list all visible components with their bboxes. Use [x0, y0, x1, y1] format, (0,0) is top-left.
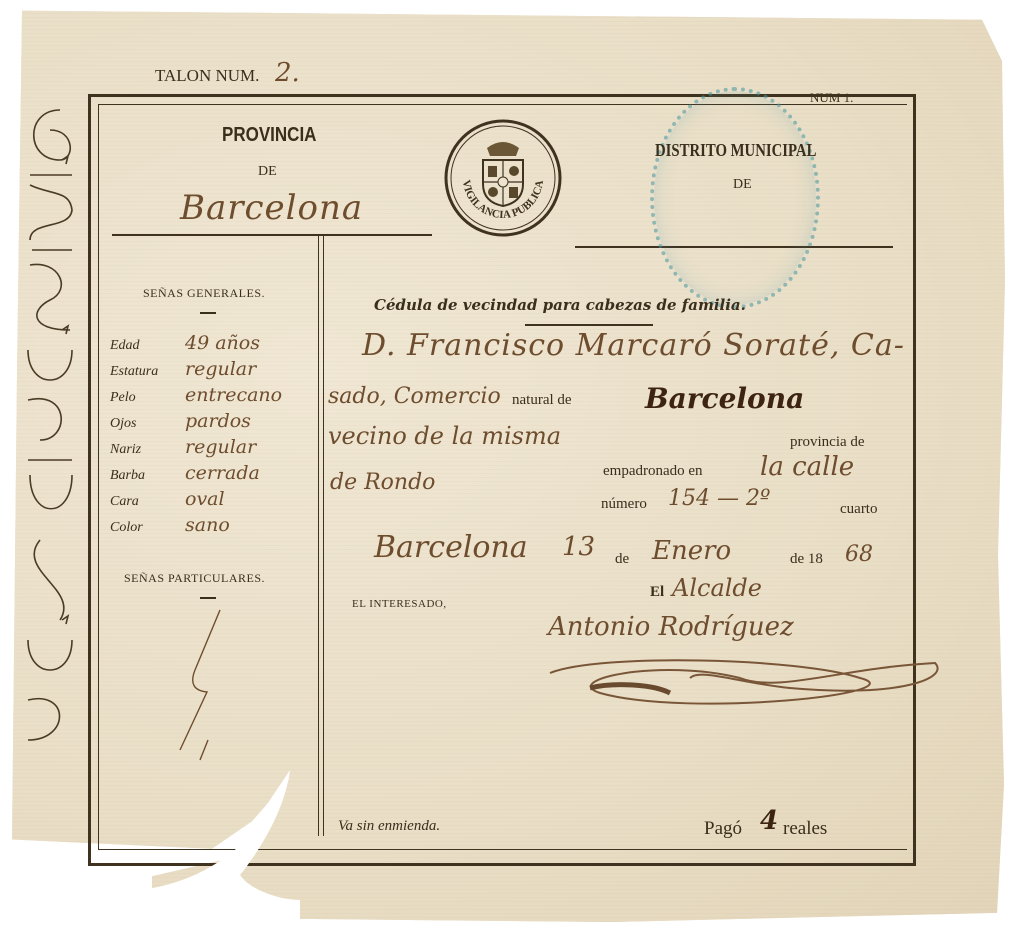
- reales-label: reales: [783, 818, 827, 840]
- senas-generales-heading: SEÑAS GENERALES.: [143, 286, 265, 301]
- field-label-pelo: Pelo: [110, 390, 136, 406]
- field-value-nariz: regular: [185, 436, 256, 458]
- field-label-ojos: Ojos: [110, 416, 136, 432]
- provincia-label: PROVINCIA: [222, 124, 316, 147]
- birthplace-value: Barcelona: [645, 382, 804, 415]
- va-sin-enmienda-label: Va sin enmienda.: [338, 818, 440, 835]
- provincia-de-label: DE: [258, 164, 277, 180]
- field-value-pelo: entrecano: [185, 384, 282, 406]
- document-title: Cédula de vecindad para cabezas de famil…: [374, 296, 746, 314]
- numero-label: número: [601, 496, 647, 513]
- vigilancia-publica-seal-icon: VIGILANCIA PUBLICA: [443, 118, 563, 238]
- distrito-de-label: DE: [733, 177, 752, 193]
- pago-label: Pagó: [704, 818, 742, 840]
- signature-flourish-icon: [540, 648, 945, 713]
- senas-particulares-heading: SEÑAS PARTICULARES.: [124, 571, 265, 586]
- date-de-label: de: [615, 551, 629, 568]
- column-divider: [318, 236, 324, 836]
- empadronado-label: empadronado en: [603, 463, 703, 480]
- street-value: la calle: [760, 452, 854, 482]
- signature-name: Antonio Rodríguez: [548, 612, 794, 642]
- field-value-cara: oval: [185, 488, 225, 510]
- margin-ornament-icon: [20, 100, 80, 760]
- pago-amount-value: 4: [760, 806, 778, 836]
- cuarto-label: cuarto: [840, 501, 877, 518]
- street-name-value: de Rondo: [330, 470, 435, 495]
- official-title-value: Alcalde: [672, 574, 762, 602]
- province-underline: [112, 234, 432, 236]
- field-label-barba: Barba: [110, 468, 145, 484]
- date-year-label: de 18: [790, 551, 823, 568]
- holder-name-line: D. Francisco Marcaró Soraté, Ca-: [362, 328, 905, 363]
- field-value-ojos: pardos: [185, 410, 251, 432]
- field-label-edad: Edad: [110, 338, 140, 354]
- field-value-estatura: regular: [185, 358, 256, 380]
- blue-municipal-stamp: [650, 87, 820, 309]
- natural-de-label: natural de: [512, 392, 572, 409]
- dash-divider: [200, 597, 216, 599]
- field-label-nariz: Nariz: [110, 442, 141, 458]
- distrito-label: DISTRITO MUNICIPAL: [655, 140, 816, 161]
- date-day-value: 13: [562, 532, 595, 562]
- field-value-color: sano: [185, 514, 230, 536]
- field-label-color: Color: [110, 520, 143, 536]
- official-label: El: [650, 584, 664, 601]
- vecino-de-value: vecino de la misma: [328, 422, 561, 450]
- title-underline: [525, 324, 653, 326]
- dash-divider: [200, 312, 216, 314]
- marital-occupation: sado, Comercio: [328, 384, 501, 409]
- numero-value: 154 — 2º: [668, 486, 770, 511]
- date-city-value: Barcelona: [374, 530, 528, 565]
- provincia-de-label: provincia de: [790, 434, 865, 451]
- el-interesado-label: EL INTERESADO,: [352, 598, 447, 610]
- field-label-estatura: Estatura: [110, 364, 158, 380]
- particulares-ninguna-mark: [170, 600, 250, 770]
- field-value-barba: cerrada: [185, 462, 260, 484]
- date-month-value: Enero: [652, 536, 731, 566]
- field-value-edad: 49 años: [185, 332, 260, 354]
- date-year-suffix: 68: [845, 542, 873, 567]
- paper-tear: [140, 770, 300, 920]
- field-label-cara: Cara: [110, 494, 139, 510]
- talon-value: 2.: [275, 58, 300, 88]
- provincia-value: Barcelona: [180, 188, 363, 228]
- talon-label: TALON NUM.: [155, 66, 259, 86]
